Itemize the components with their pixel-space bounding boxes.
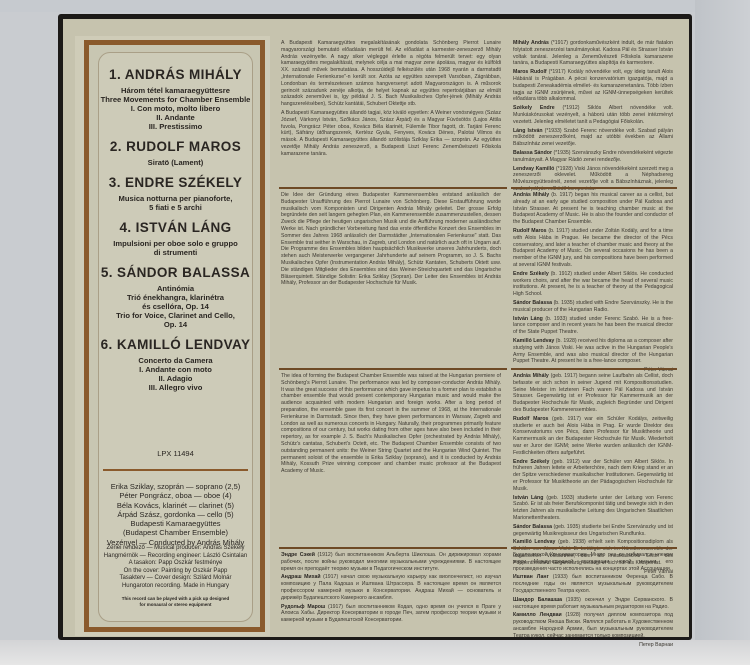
bio-paragraph: András Mihály (b. 1917) began his musica… [513, 192, 673, 226]
bio-paragraph: Рудольф Марош (1917) был воспитанником К… [281, 604, 501, 624]
bio-name: Kamilló Lendvay [513, 539, 555, 545]
bio-name: Endre Székely [513, 271, 549, 277]
bio-paragraph: Камилло Лендваи (1928) получил диплом ко… [513, 612, 673, 639]
bio-paragraph: Kamilló Lendvay (b. 1928) received his d… [513, 338, 673, 365]
tracklist-card: 1. ANDRÁS MIHÁLYHárom tétel kamaraegyütt… [98, 52, 253, 622]
bio-name: István Láng [513, 316, 543, 322]
work-title: Siratö (Lament) [99, 158, 252, 167]
composer-heading: 6. KAMILLÓ LENDVAY [99, 337, 252, 352]
performer-line: (Budapest Chamber Ensemble) [99, 528, 252, 537]
author-signature: Петер Варнаи [513, 642, 673, 649]
bio-name: Sándor Balassa [513, 524, 552, 530]
paragraph: A Budapesti Kamaraegyüttes megalakításán… [281, 40, 501, 108]
notes-german-intro: Die Idee der Gründung eines Budapester K… [281, 192, 501, 289]
bio-paragraph: Endre Székely (b. 1912) studied under Al… [513, 271, 673, 298]
composer-heading: 4. ISTVÁN LÁNG [99, 220, 252, 235]
divider [511, 368, 677, 370]
divider [511, 187, 677, 189]
performer-line: Péter Pongrácz, oboa — oboe (4) [99, 491, 252, 500]
bio-paragraph: Андраш Михай (1917) начал свою музыкальн… [281, 574, 501, 601]
bio-name: Рудольф Марош [281, 604, 325, 610]
bio-paragraph: Шандор Балашша (1935) окончил у Эндре Се… [513, 597, 673, 611]
bio-paragraph: Balassa Sándor (*1935) Szervánszky Endre… [513, 150, 673, 164]
tracklist-frame: 1. ANDRÁS MIHÁLYHárom tétel kamaraegyütt… [84, 40, 265, 632]
composer-heading: 1. ANDRÁS MIHÁLY [99, 67, 252, 82]
divider [103, 469, 248, 471]
performer-line: Árpád Szász, gordonka — cello (5) [99, 510, 252, 519]
notice-line: for monaural or stereo equipment [99, 602, 252, 608]
bio-paragraph: Rudolf Maros (geb. 1917) war ein Schüler… [513, 416, 673, 457]
divider [279, 187, 507, 189]
notes-hungarian-intro: A Budapesti Kamaraegyüttes megalakításán… [281, 40, 501, 160]
composer-heading: 3. ENDRE SZÉKELY [99, 175, 252, 190]
production-line: Hangmérnök — Recording engineer: László … [99, 553, 252, 561]
production-line: Tasakterv — Cover design: Szilárd Molnár [99, 575, 252, 583]
notes-english-bios: András Mihály (b. 1917) began his musica… [513, 192, 673, 376]
divider [279, 368, 507, 370]
production-line: Hungaroton recording. Made in Hungary [99, 583, 252, 591]
catalog-number: LPX 11494 [99, 449, 252, 458]
bio-paragraph: Endre Székely (geb. 1912) war der Schüle… [513, 459, 673, 493]
bio-name: András Mihály [513, 373, 549, 379]
bio-paragraph: Rudolf Maros (b. 1917) studied under Zol… [513, 228, 673, 269]
notes-russian-bios-continued: Будапештской Консерватории. Много раз он… [513, 552, 673, 650]
bio-name: Sándor Balassa [513, 300, 552, 306]
bio-paragraph: Эндре Сэкей (1912) был воспитанником Аль… [281, 552, 501, 572]
background-top [0, 0, 750, 12]
work-title: Concerto da CameraI. Andante con motoII.… [99, 356, 252, 392]
bio-name: Endre Székely [513, 459, 549, 465]
bio-name: Rudolf Maros [513, 416, 548, 422]
bio-name: Maros Rudolf [513, 69, 547, 75]
composer-heading: 5. SÁNDOR BALASSA [99, 265, 252, 280]
bio-paragraph: István Láng (b. 1933) studied under Fere… [513, 316, 673, 336]
bio-name: Эндре Сэкей [281, 552, 315, 558]
bio-paragraph: Mihály András (*1917) gordonkaművészként… [513, 40, 673, 67]
bio-paragraph: Láng István (*1933) Szabó Ferenc növendé… [513, 128, 673, 148]
composer-heading: 2. RUDOLF MAROS [99, 139, 252, 154]
paragraph: Die Idee der Gründung eines Budapester K… [281, 192, 501, 287]
bio-paragraph: Székely Endre (*1912) Siklós Albert növe… [513, 105, 673, 125]
performer-line: Erika Sziklay, szoprán — soprano (2,5) [99, 482, 252, 491]
work-title: Impulsioni per oboe solo e gruppodi stru… [99, 239, 252, 257]
divider [279, 547, 507, 549]
performer-line: Béla Kovács, klarinét — clarinet (5) [99, 501, 252, 510]
work-title: Musica notturna per pianoforte,5 fiati e… [99, 194, 252, 212]
paragraph: A Budapesti Kamaraegyüttes állandó tagja… [281, 110, 501, 158]
bio-name: Rudolf Maros [513, 228, 547, 234]
bio-name: Mihály András [513, 40, 549, 46]
performers: Erika Sziklay, szoprán — soprano (2,5)Pé… [99, 482, 252, 547]
production-line: Zenei rendező — Musical producer: András… [99, 545, 252, 553]
notes-english-intro: The idea of forming the Budapest Chamber… [281, 373, 501, 477]
paragraph: The idea of forming the Budapest Chamber… [281, 373, 501, 475]
bio-paragraph: Sándor Balassa (b. 1935) studied with En… [513, 300, 673, 314]
bio-paragraph: András Mihály (geb. 1917) begann seine L… [513, 373, 673, 414]
track-list: 1. ANDRÁS MIHÁLYHárom tétel kamaraegyütt… [99, 53, 252, 392]
bio-paragraph: Maros Rudolf (*1917) Kodály növendéke vo… [513, 69, 673, 103]
bio-name: Kamilló Lendvay [513, 338, 554, 344]
playback-notice: This record can be played with a pick up… [99, 596, 252, 609]
bio-name: Андраш Михай [281, 574, 321, 580]
work-title: AntinómiaTrió énekhangra, klarinétraés c… [99, 284, 252, 329]
bio-name: Láng István [513, 128, 543, 134]
bio-name: Lendvay Kamilló [513, 166, 554, 172]
bio-name: András Mihály [513, 192, 549, 198]
divider [511, 547, 677, 549]
production-line: On the cover: Painting by Oszkár Papp [99, 568, 252, 576]
bio-paragraph: Иштван Ланг (1933) был воспитанником Фер… [513, 574, 673, 594]
bio-name: István Láng [513, 495, 543, 501]
background-right [695, 0, 750, 665]
work-title: Három tétel kamaraegyüttesreThree Moveme… [99, 86, 252, 131]
production-line: A tasakon: Papp Oszkár festménye [99, 560, 252, 568]
bio-name: Balassa Sándor [513, 150, 552, 156]
bio-paragraph: Будапештской Консерватории. Много раз он… [513, 552, 673, 572]
bio-name: Székely Endre [513, 105, 555, 111]
bio-name: Иштван Ланг [513, 574, 549, 580]
performer-line: Budapesti Kamaraegyüttes [99, 519, 252, 528]
bio-paragraph: István Láng (geb. 1933) studierte unter … [513, 495, 673, 522]
bio-paragraph: Sándor Balassa (geb. 1935) studierte bei… [513, 524, 673, 538]
bio-name: Шандор Балашша [513, 597, 562, 603]
production-credits: Zenei rendező — Musical producer: András… [99, 545, 252, 590]
notes-hungarian-bios: Mihály András (*1917) gordonkaművészként… [513, 40, 673, 195]
notes-russian-bios: Эндре Сэкей (1912) был воспитанником Аль… [281, 552, 501, 626]
bio-name: Камилло Лендваи [513, 612, 562, 618]
